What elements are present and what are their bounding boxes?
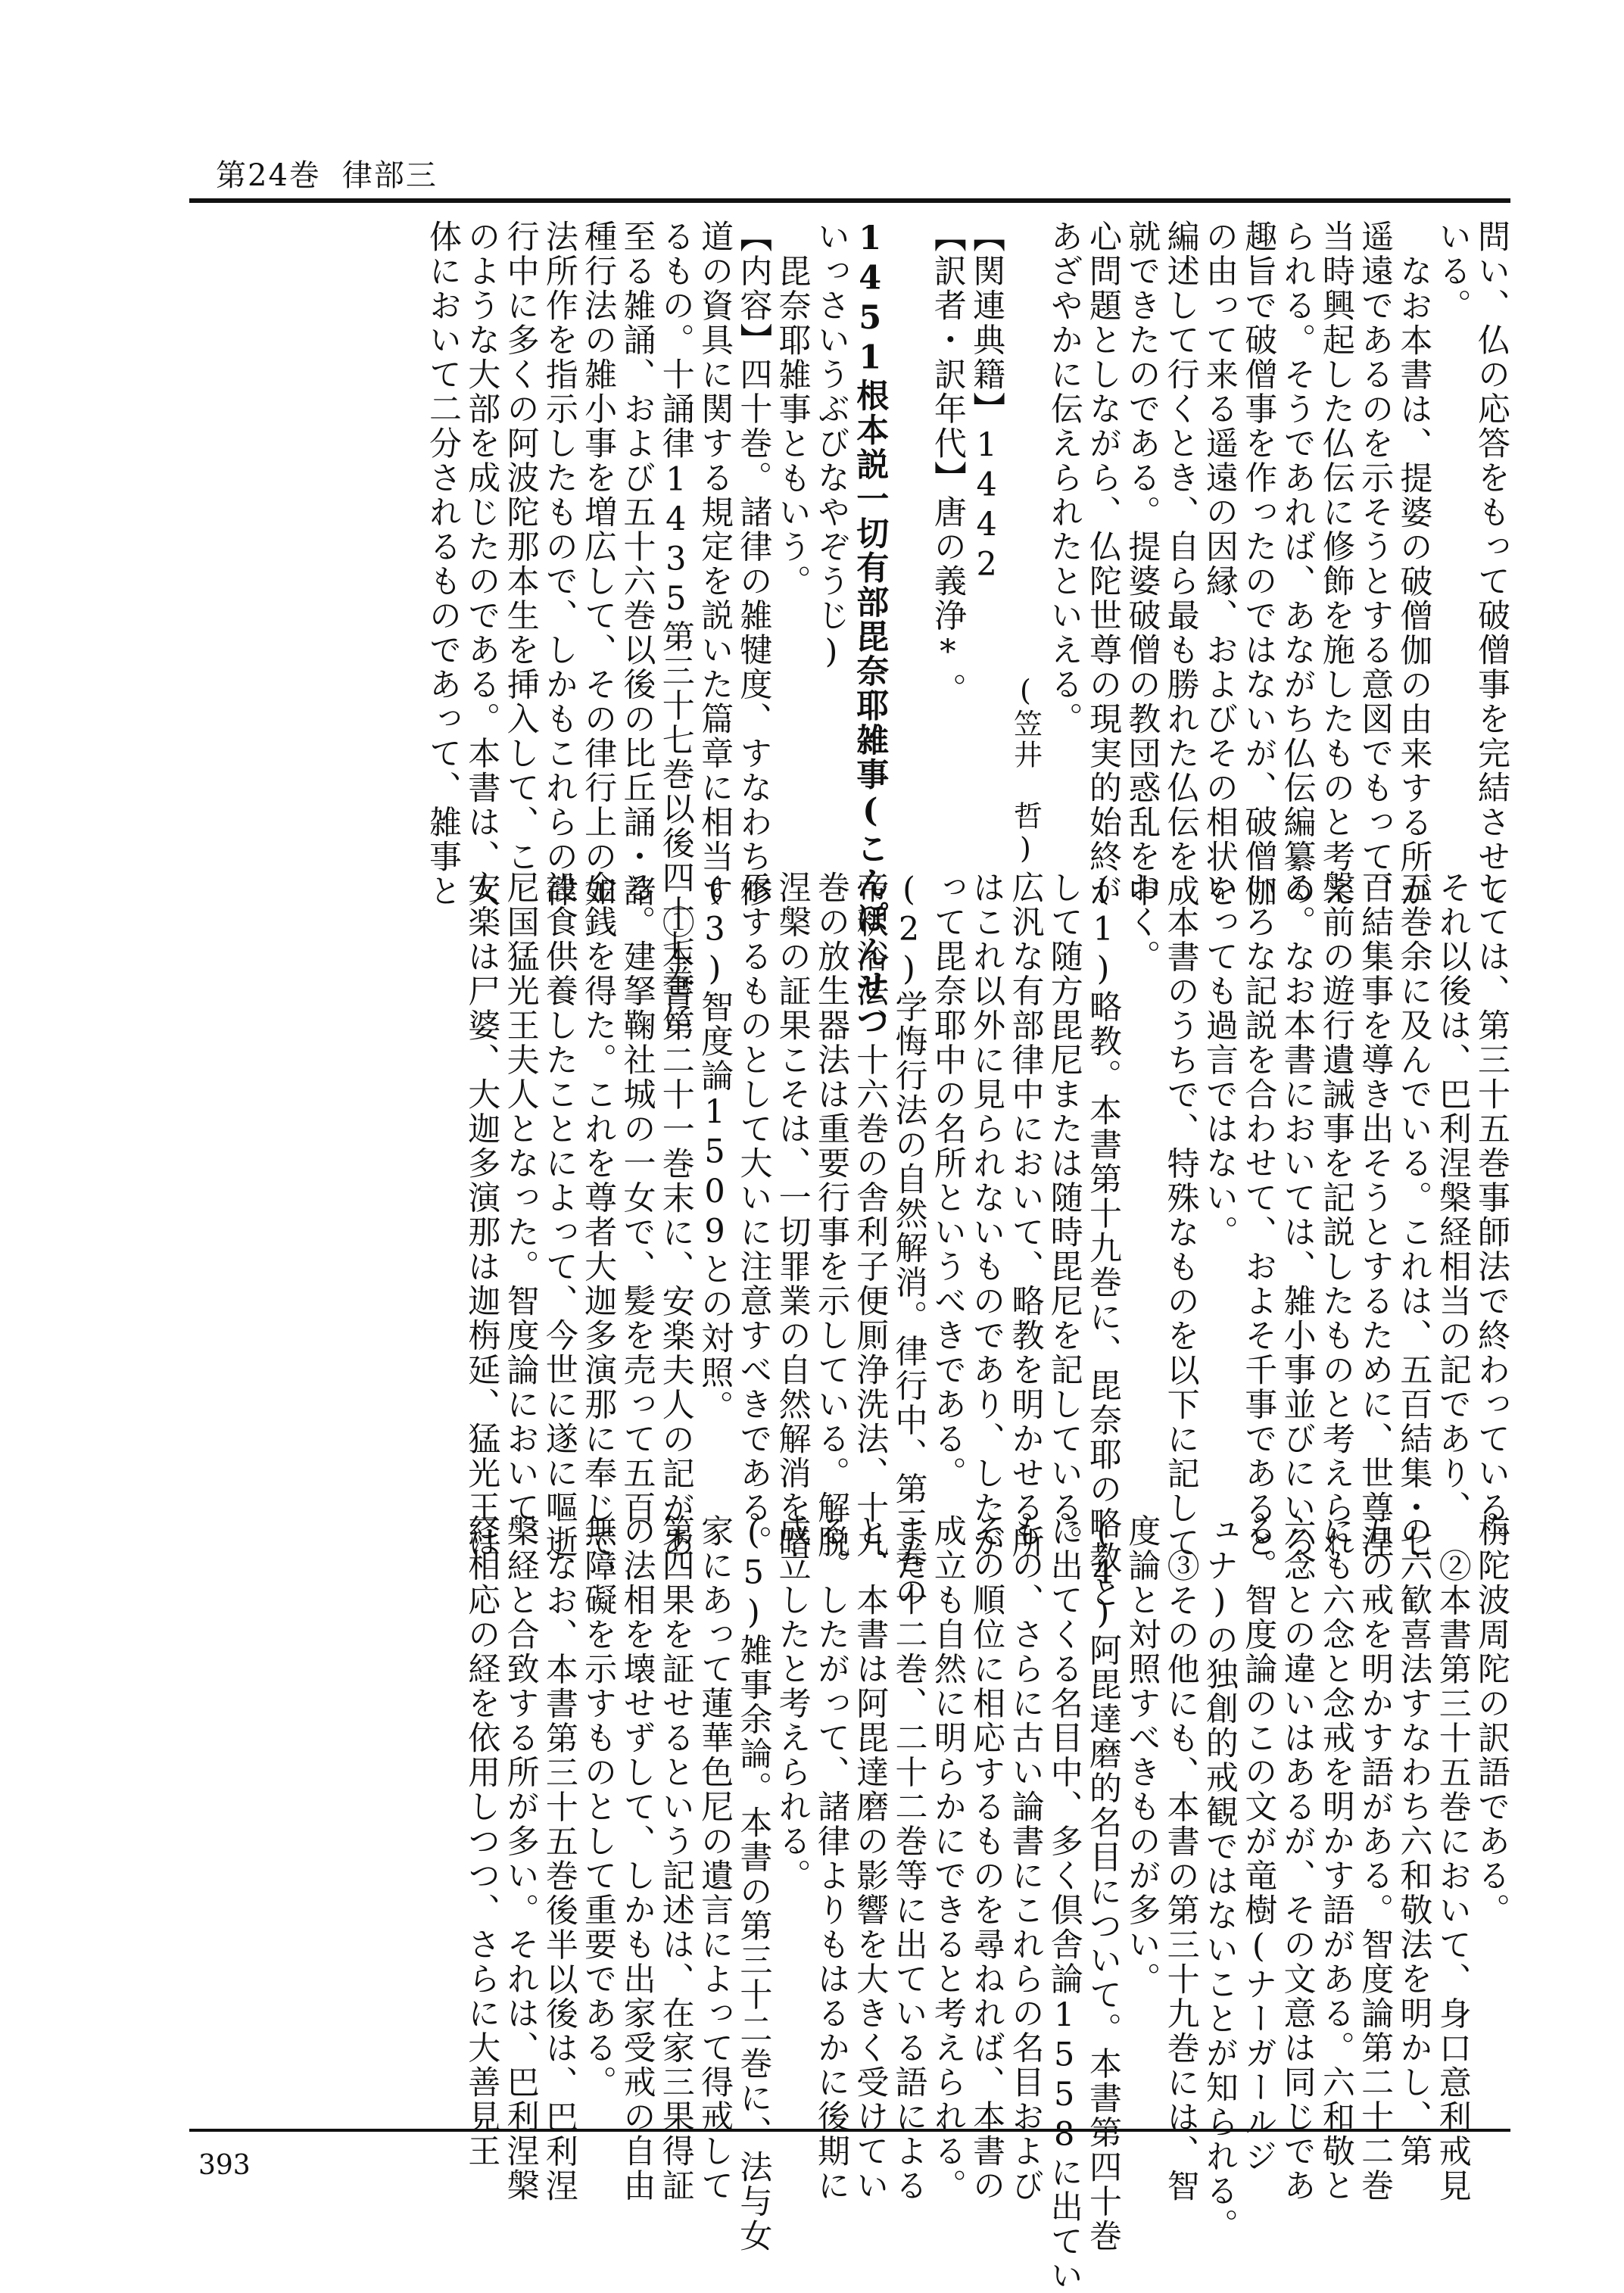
- text-column: 帝釈浴法、十六巻の舎利子便厠浄洗法、十九: [850, 871, 889, 1480]
- text-column: 当時興起した仏伝に修飾を施したものと考え: [1317, 220, 1355, 844]
- text-column: いっさいうぶびなやぞうじ): [812, 220, 850, 844]
- text-column: 行中に多くの阿波陀那本生を挿入して、こ: [500, 220, 539, 844]
- text-column: 種行法の雑小事を増広して、その律行上の如: [578, 220, 617, 844]
- text-column: 栴陀波周陀の訳語である。: [1472, 1514, 1510, 2112]
- text-column: 示するものとして大いに注意すべきである。: [734, 871, 772, 1480]
- author-credit: (笠井 哲): [1005, 220, 1044, 844]
- text-column: る。智度論のこの文が竜樹(ナーガールジ: [1239, 1514, 1277, 2112]
- text-column: る。したがって、諸律よりもはるかに後期に: [812, 1514, 850, 2112]
- text-column: 六念との違いはあるが、その文意は同じであ: [1277, 1514, 1316, 2112]
- text-column: なお本書は、提婆の破僧伽の由来する所が: [1394, 220, 1432, 844]
- text-column: る。建拏鞠社城の一女で、髪を売って五百: [617, 871, 656, 1480]
- text-column: にも六念と念戒を明かす語がある。六和敬と: [1317, 1514, 1355, 2112]
- text-column: 尼国猛光王夫人となった。智度論において、: [500, 871, 539, 1480]
- text-column: 【関連典籍】1442: [967, 220, 1005, 844]
- text-column: 体において二分されるものであって、雑事と: [423, 220, 462, 844]
- text-column: 成立も自然に明らかにできると考えられる。: [928, 1514, 967, 2112]
- text-column: ュナ)の独創的戒観ではないことが知られる。: [1200, 1514, 1239, 2112]
- text-column: ①本書第二十一巻末に、安楽夫人の記があ: [656, 871, 694, 1480]
- text-column: 広汎な有部律中において、略教を明かせる所: [1005, 871, 1044, 1480]
- text-column: られる。そうであれば、あながち仏伝編纂の: [1277, 220, 1316, 844]
- text-column: る。なお本書においては、雑小事並びにいろ: [1277, 871, 1316, 1480]
- text-column: るもの。十誦律1435第三十七巻以後四十七巻に: [656, 220, 694, 844]
- text-column: (3)智度論1509との対照。: [695, 871, 734, 1480]
- text-column: (2)学悔行法の自然解消。律行中、第三巻の: [889, 871, 927, 1480]
- text-column: なお、本書第三十五巻後半以後は、巴利涅: [540, 1514, 578, 2112]
- text-column: の六歓喜法すなわち六和敬法を明かし、第: [1394, 1514, 1432, 2112]
- text-column: 編述して行くとき、自ら最も勝れた仏伝を成: [1161, 220, 1199, 844]
- text-column: 五の戒を明かす語がある。智度論第二十二巻: [1355, 1514, 1394, 2112]
- text-column: 槃経と合致する所が多い。それは、巴利涅槃: [500, 1514, 539, 2112]
- text-column: しては、第三十五巻事師法で終わっている。: [1472, 871, 1510, 1480]
- text-column: のような大部を成じたのである。本書は、大: [462, 220, 500, 844]
- text-column: 槃前の遊行遺誡事を記説したものと考えられ: [1317, 871, 1355, 1480]
- text-column: 心問題としながら、仏陀世尊の現実的始終が: [1083, 220, 1122, 844]
- text-column: の法相を壊せずして、しかも出家受戒の自由: [617, 1514, 656, 2112]
- footer-rule: [189, 2129, 1510, 2132]
- text-column: いる。: [1432, 220, 1471, 844]
- text-column: 百結集事を導き出そうとするために、世尊涅: [1355, 871, 1394, 1480]
- text-band-1: 問い、仏の応答をもって破僧事を完結させている。なお本書は、提婆の破僧伽の由来する…: [189, 220, 1510, 844]
- text-column: 法所作を指示したもので、しかもこれらの律: [540, 220, 578, 844]
- text-column: 毘奈耶雑事ともいう。: [772, 220, 811, 844]
- text-column: 巻の放生器法は重要行事を示している。解脱: [812, 871, 850, 1480]
- text-column: に出てくる名目中、多く倶舎論1558に出ている: [1044, 1514, 1083, 2112]
- page-number: 393: [198, 2150, 251, 2181]
- text-column: 道の資具に関する規定を説いた篇章に相当す: [695, 220, 734, 844]
- text-column: 度論と対照すべきものが多い。: [1122, 1514, 1161, 2112]
- text-column: 経相応の経を依用しつつ、さらに大善見王: [462, 1514, 500, 2112]
- text-band-2: しては、第三十五巻事師法で終わっている。それ以後は、巴利涅槃経相当の記であり、五…: [189, 871, 1510, 1480]
- text-column: 1451根本説一切有部毘奈耶雑事(こんぽんせつ: [850, 220, 889, 844]
- text-column: 本書のうちで、特殊なものを以下に記して: [1161, 871, 1199, 1480]
- text-column: 金銭を得た。これを尊者大迦多演那に奉じて、: [578, 871, 617, 1480]
- text-column: って毘奈耶中の名所というべきである。: [928, 871, 967, 1480]
- text-column: [889, 220, 927, 844]
- text-column: 安楽は尸婆、大迦多演那は迦栴延、猛光王は: [462, 871, 500, 1480]
- volume-label: 第24巻: [216, 158, 321, 193]
- text-column: (4)阿毘達磨的名目について。本書第四十巻: [1083, 1514, 1122, 2112]
- text-column: いろな記説を合わせて、およそ千事であると: [1239, 871, 1277, 1480]
- text-column: の由って来る遥遠の因縁、およびその相状を: [1200, 220, 1239, 844]
- text-column: して随方毘尼または随時毘尼を記している。: [1044, 871, 1083, 1480]
- text-column: 至る雑誦、および五十六巻以後の比丘誦・諸: [617, 220, 656, 844]
- text-column: 五巻余に及んでいる。これは、五百結集・七: [1394, 871, 1432, 1480]
- text-column: 無障礙を示すものとして重要である。: [578, 1514, 617, 2112]
- text-column: と、本書は阿毘達磨の影響を大きく受けてい: [850, 1514, 889, 2112]
- text-column: 就できたのである。提婆破僧の教団惑乱を中: [1122, 220, 1161, 844]
- text-column: もの、さらに古い論書にこれらの名目および: [1005, 1514, 1044, 2112]
- text-column: 【訳者・訳年代】唐の義浄*。: [928, 220, 967, 844]
- text-band-3: 栴陀波周陀の訳語である。②本書第三十五巻において、身口意利戒見の六歓喜法すなわち…: [189, 1514, 1510, 2112]
- text-column: おく。: [1122, 871, 1161, 1480]
- text-column: いっても過言ではない。: [1200, 871, 1239, 1480]
- text-column: 【内容】四十巻。諸律の雑犍度、すなわち修: [734, 220, 772, 844]
- text-column: はこれ以外に見られないものであり、したが: [967, 871, 1005, 1480]
- text-column: その順位に相応するものを尋ねれば、本書の: [967, 1514, 1005, 2112]
- text-column: ③その他にも、本書の第三十九巻には、智: [1161, 1514, 1199, 2112]
- text-column: 涅槃の証果こそは、一切罪業の自然解消を暗: [772, 871, 811, 1480]
- text-column: 第四果を証せるという記述は、在家三果得証: [656, 1514, 694, 2112]
- header-rule: [189, 198, 1510, 203]
- text-column: 趣旨で破僧事を作ったのではないが、破僧伽: [1239, 220, 1277, 844]
- text-column: あざやかに伝えられたといえる。: [1044, 220, 1083, 844]
- text-column: 成立したと考えられる。: [772, 1514, 811, 2112]
- section-label: 律部三: [342, 158, 438, 193]
- text-column: 家にあって蓮華色尼の遺言によって得戒して: [695, 1514, 734, 2112]
- text-column: 設食供養したことによって、今世に遂に嘔逝: [540, 871, 578, 1480]
- text-column: また十二巻、二十二巻等に出ている語による: [889, 1514, 927, 2112]
- text-column: 遥遠であるのを示そうとする意図でもって、: [1355, 220, 1394, 844]
- text-column: ②本書第三十五巻において、身口意利戒見: [1432, 1514, 1471, 2112]
- text-column: それ以後は、巴利涅槃経相当の記であり、: [1432, 871, 1471, 1480]
- text-column: (5)雑事余論。本書の第三十二巻に、法与女: [734, 1514, 772, 2112]
- running-header: 第24巻律部三: [216, 151, 459, 195]
- text-column: (1)略教。本書第十九巻に、毘奈耶の略教と: [1083, 871, 1122, 1480]
- text-column: 問い、仏の応答をもって破僧事を完結させて: [1472, 220, 1510, 844]
